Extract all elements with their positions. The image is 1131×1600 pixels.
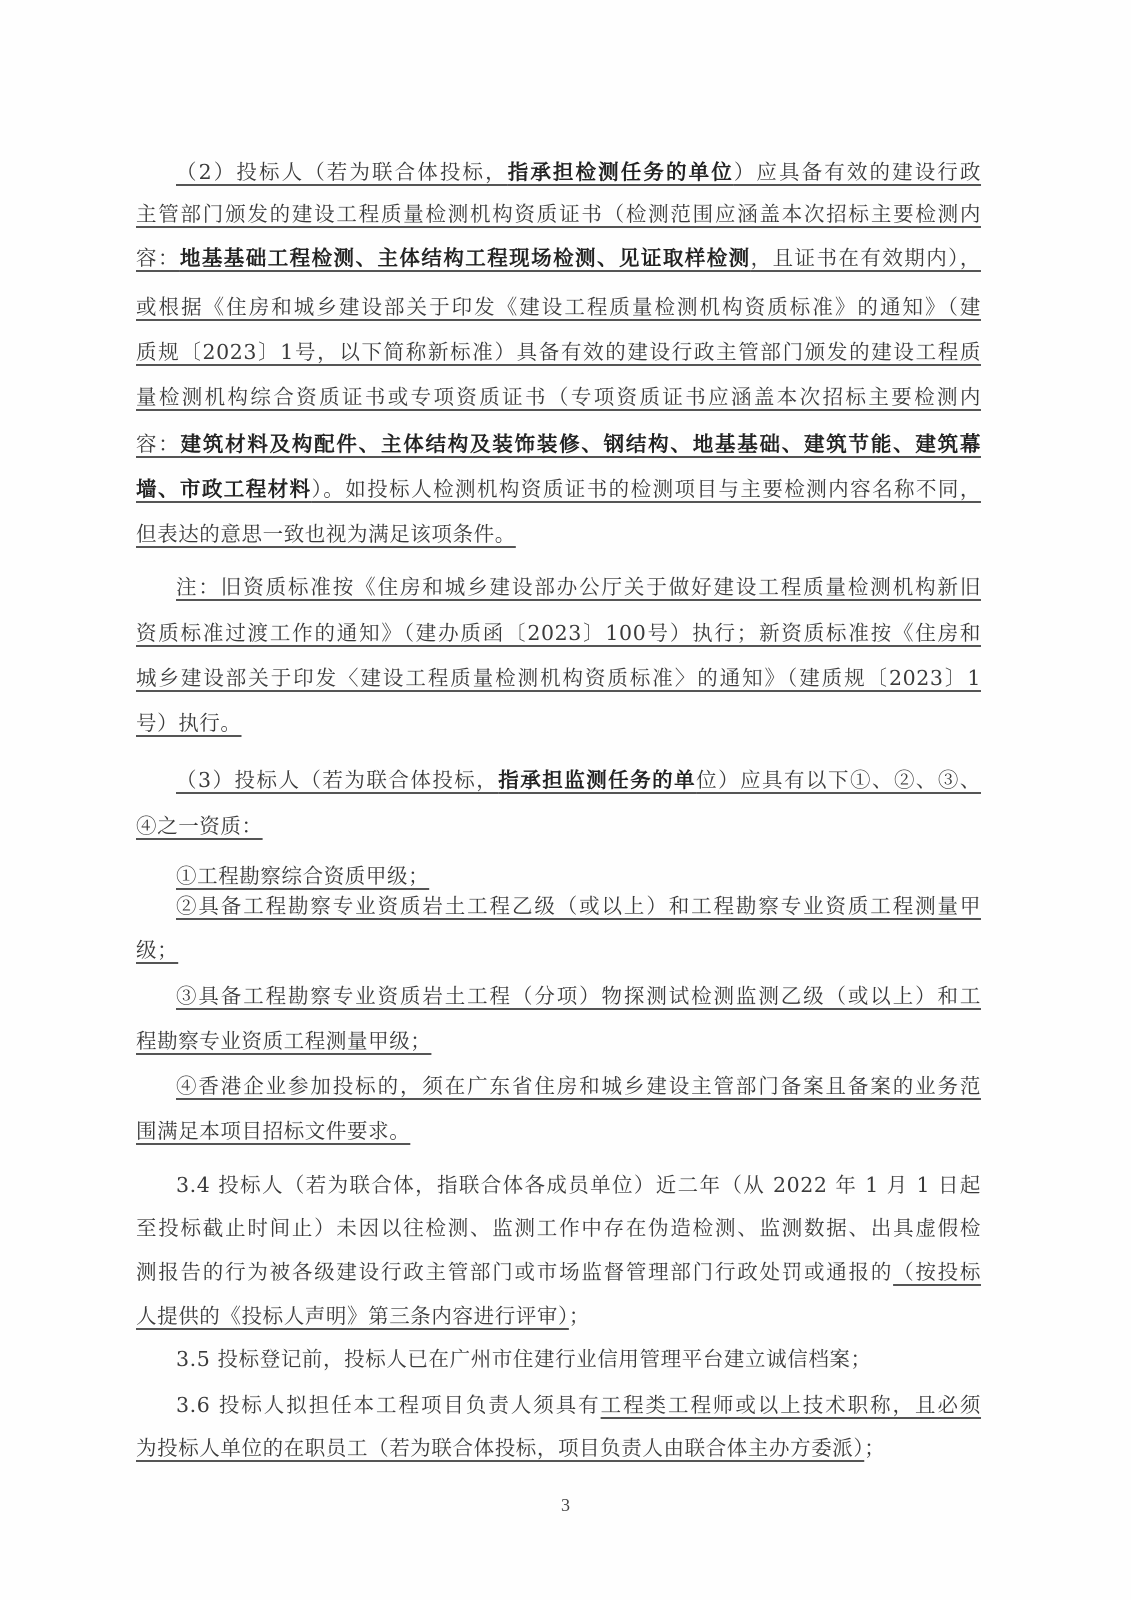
text-segment: 3.5 投标登记前，投标人已在广州市住建行业信用管理平台建立诚信档案； — [176, 1347, 872, 1371]
text-line: 级； — [136, 934, 981, 966]
text-segment: 注：旧资质标准按《住房和城乡建设部办公厅关于做好建设工程质量检测机构新旧 — [176, 575, 981, 599]
text-line: 城乡建设部关于印发〈建设工程质量检测机构资质标准〉的通知》（建质规〔2023〕1 — [136, 662, 981, 694]
bold-text-segment: 指承担检测任务的单位 — [508, 160, 734, 184]
text-segment: 级； — [136, 938, 178, 962]
text-line: 质规〔2023〕1号，以下简称新标准）具备有效的建设行政主管部门颁发的建设工程质 — [136, 336, 981, 368]
text-segment: 或根据《住房和城乡建设部关于印发《建设工程质量检测机构资质标准》的通知》（建 — [136, 295, 981, 319]
text-line: 围满足本项目招标文件要求。 — [136, 1115, 981, 1147]
text-segment: 3.6 投标人拟担任本工程项目负责人须具有 — [176, 1393, 601, 1417]
text-line: 程勘察专业资质工程测量甲级； — [136, 1025, 981, 1057]
text-segment: ①工程勘察综合资质甲级； — [176, 864, 429, 888]
text-segment: （2）投标人（若为联合体投标， — [176, 160, 508, 184]
text-segment: ，且证书在有效期内）， — [751, 246, 981, 270]
text-segment: 围满足本项目招标文件要求。 — [136, 1119, 410, 1143]
text-segment: 为投标人单位的在职员工（若为联合体投标，项目负责人由联合体主办方委派） — [136, 1436, 864, 1460]
bold-text-segment: 地基基础工程检测、主体结构工程现场检测、见证取样检测 — [180, 246, 751, 270]
text-line: 人提供的《投标人声明》第三条内容进行评审）； — [136, 1300, 981, 1332]
text-line: 但表达的意思一致也视为满足该项条件。 — [136, 518, 981, 550]
text-line: 主管部门颁发的建设工程质量检测机构资质证书（检测范围应涵盖本次招标主要检测内 — [136, 198, 981, 230]
text-line: 容：地基基础工程检测、主体结构工程现场检测、见证取样检测，且证书在有效期内）， — [136, 242, 981, 274]
text-segment: 人提供的《投标人声明》第三条内容进行评审） — [136, 1304, 569, 1328]
text-segment: 主管部门颁发的建设工程质量检测机构资质证书（检测范围应涵盖本次招标主要检测内 — [136, 202, 981, 226]
text-line: ④之一资质： — [136, 810, 981, 842]
text-segment: 号）执行。 — [136, 711, 242, 735]
text-segment: 3.4 投标人（若为联合体，指联合体各成员单位）近二年（从 2022 年 1 月… — [176, 1173, 981, 1197]
text-segment: 量检测机构综合资质证书或专项资质证书（专项资质证书应涵盖本次招标主要检测内 — [136, 385, 981, 409]
bold-text-segment: 指承担监测任务的单 — [498, 768, 696, 792]
text-line: （3）投标人（若为联合体投标，指承担监测任务的单位）应具有以下①、②、③、 — [176, 764, 981, 796]
text-segment: 但表达的意思一致也视为满足该项条件。 — [136, 522, 516, 546]
bold-text-segment: 建筑材料及构配件、主体结构及装饰装修、钢结构、地基基础、建筑节能、建筑幕 — [181, 432, 981, 456]
text-line: ③具备工程勘察专业资质岩土工程（分项）物探测试检测监测乙级（或以上）和工 — [176, 980, 981, 1012]
text-segment: 至投标截止时间止）未因以往检测、监测工作中存在伪造检测、监测数据、出具虚假检 — [136, 1216, 981, 1240]
text-line: 墙、市政工程材料）。如投标人检测机构资质证书的检测项目与主要检测内容名称不同， — [136, 473, 981, 505]
text-segment: 工程类工程师或以上技术职称，且必须 — [601, 1393, 981, 1417]
text-line: 号）执行。 — [136, 707, 981, 739]
text-segment: 城乡建设部关于印发〈建设工程质量检测机构资质标准〉的通知》（建质规〔2023〕1 — [136, 666, 981, 690]
text-line: 3.5 投标登记前，投标人已在广州市住建行业信用管理平台建立诚信档案； — [176, 1343, 981, 1375]
text-line: （2）投标人（若为联合体投标，指承担检测任务的单位）应具备有效的建设行政 — [176, 156, 981, 188]
text-segment: 容： — [136, 432, 181, 456]
text-segment: ； — [569, 1304, 590, 1328]
page-number: 3 — [0, 1495, 1131, 1516]
text-line: 量检测机构综合资质证书或专项资质证书（专项资质证书应涵盖本次招标主要检测内 — [136, 381, 981, 413]
text-segment: ③具备工程勘察专业资质岩土工程（分项）物探测试检测监测乙级（或以上）和工 — [176, 984, 981, 1008]
text-segment: 位）应具有以下①、②、③、 — [696, 768, 981, 792]
text-line: ①工程勘察综合资质甲级； — [176, 860, 981, 892]
text-line: ④香港企业参加投标的，须在广东省住房和城乡建设主管部门备案且备案的业务范 — [176, 1070, 981, 1102]
text-segment: ④香港企业参加投标的，须在广东省住房和城乡建设主管部门备案且备案的业务范 — [176, 1074, 981, 1098]
text-segment: （按投标 — [893, 1260, 981, 1284]
text-segment: ； — [864, 1436, 885, 1460]
text-segment: ）应具备有效的建设行政 — [734, 160, 981, 184]
text-line: ②具备工程勘察专业资质岩土工程乙级（或以上）和工程勘察专业资质工程测量甲 — [176, 890, 981, 922]
text-segment: 质规〔2023〕1号，以下简称新标准）具备有效的建设行政主管部门颁发的建设工程质 — [136, 340, 981, 364]
text-segment: ）。如投标人检测机构资质证书的检测项目与主要检测内容名称不同， — [312, 477, 981, 501]
text-line: 为投标人单位的在职员工（若为联合体投标，项目负责人由联合体主办方委派）； — [136, 1432, 981, 1464]
text-line: 或根据《住房和城乡建设部关于印发《建设工程质量检测机构资质标准》的通知》（建 — [136, 291, 981, 323]
text-line: 3.4 投标人（若为联合体，指联合体各成员单位）近二年（从 2022 年 1 月… — [176, 1169, 981, 1201]
text-segment: 资质标准过渡工作的通知》（建办质函〔2023〕100号）执行；新资质标准按《住房… — [136, 621, 981, 645]
text-segment: ②具备工程勘察专业资质岩土工程乙级（或以上）和工程勘察专业资质工程测量甲 — [176, 894, 981, 918]
text-line: 测报告的行为被各级建设行政主管部门或市场监督管理部门行政处罚或通报的（按投标 — [136, 1256, 981, 1288]
text-segment: ④之一资质： — [136, 814, 263, 838]
bold-text-segment: 墙、市政工程材料 — [136, 477, 312, 501]
document-page: （2）投标人（若为联合体投标，指承担检测任务的单位）应具备有效的建设行政主管部门… — [0, 0, 1131, 1600]
text-line: 至投标截止时间止）未因以往检测、监测工作中存在伪造检测、监测数据、出具虚假检 — [136, 1212, 981, 1244]
text-line: 资质标准过渡工作的通知》（建办质函〔2023〕100号）执行；新资质标准按《住房… — [136, 617, 981, 649]
text-segment: 程勘察专业资质工程测量甲级； — [136, 1029, 431, 1053]
text-line: 注：旧资质标准按《住房和城乡建设部办公厅关于做好建设工程质量检测机构新旧 — [176, 571, 981, 603]
text-line: 容：建筑材料及构配件、主体结构及装饰装修、钢结构、地基基础、建筑节能、建筑幕 — [136, 428, 981, 460]
text-segment: 容： — [136, 246, 180, 270]
text-segment: （3）投标人（若为联合体投标， — [176, 768, 498, 792]
text-line: 3.6 投标人拟担任本工程项目负责人须具有工程类工程师或以上技术职称，且必须 — [176, 1389, 981, 1421]
text-segment: 测报告的行为被各级建设行政主管部门或市场监督管理部门行政处罚或通报的 — [136, 1260, 893, 1284]
